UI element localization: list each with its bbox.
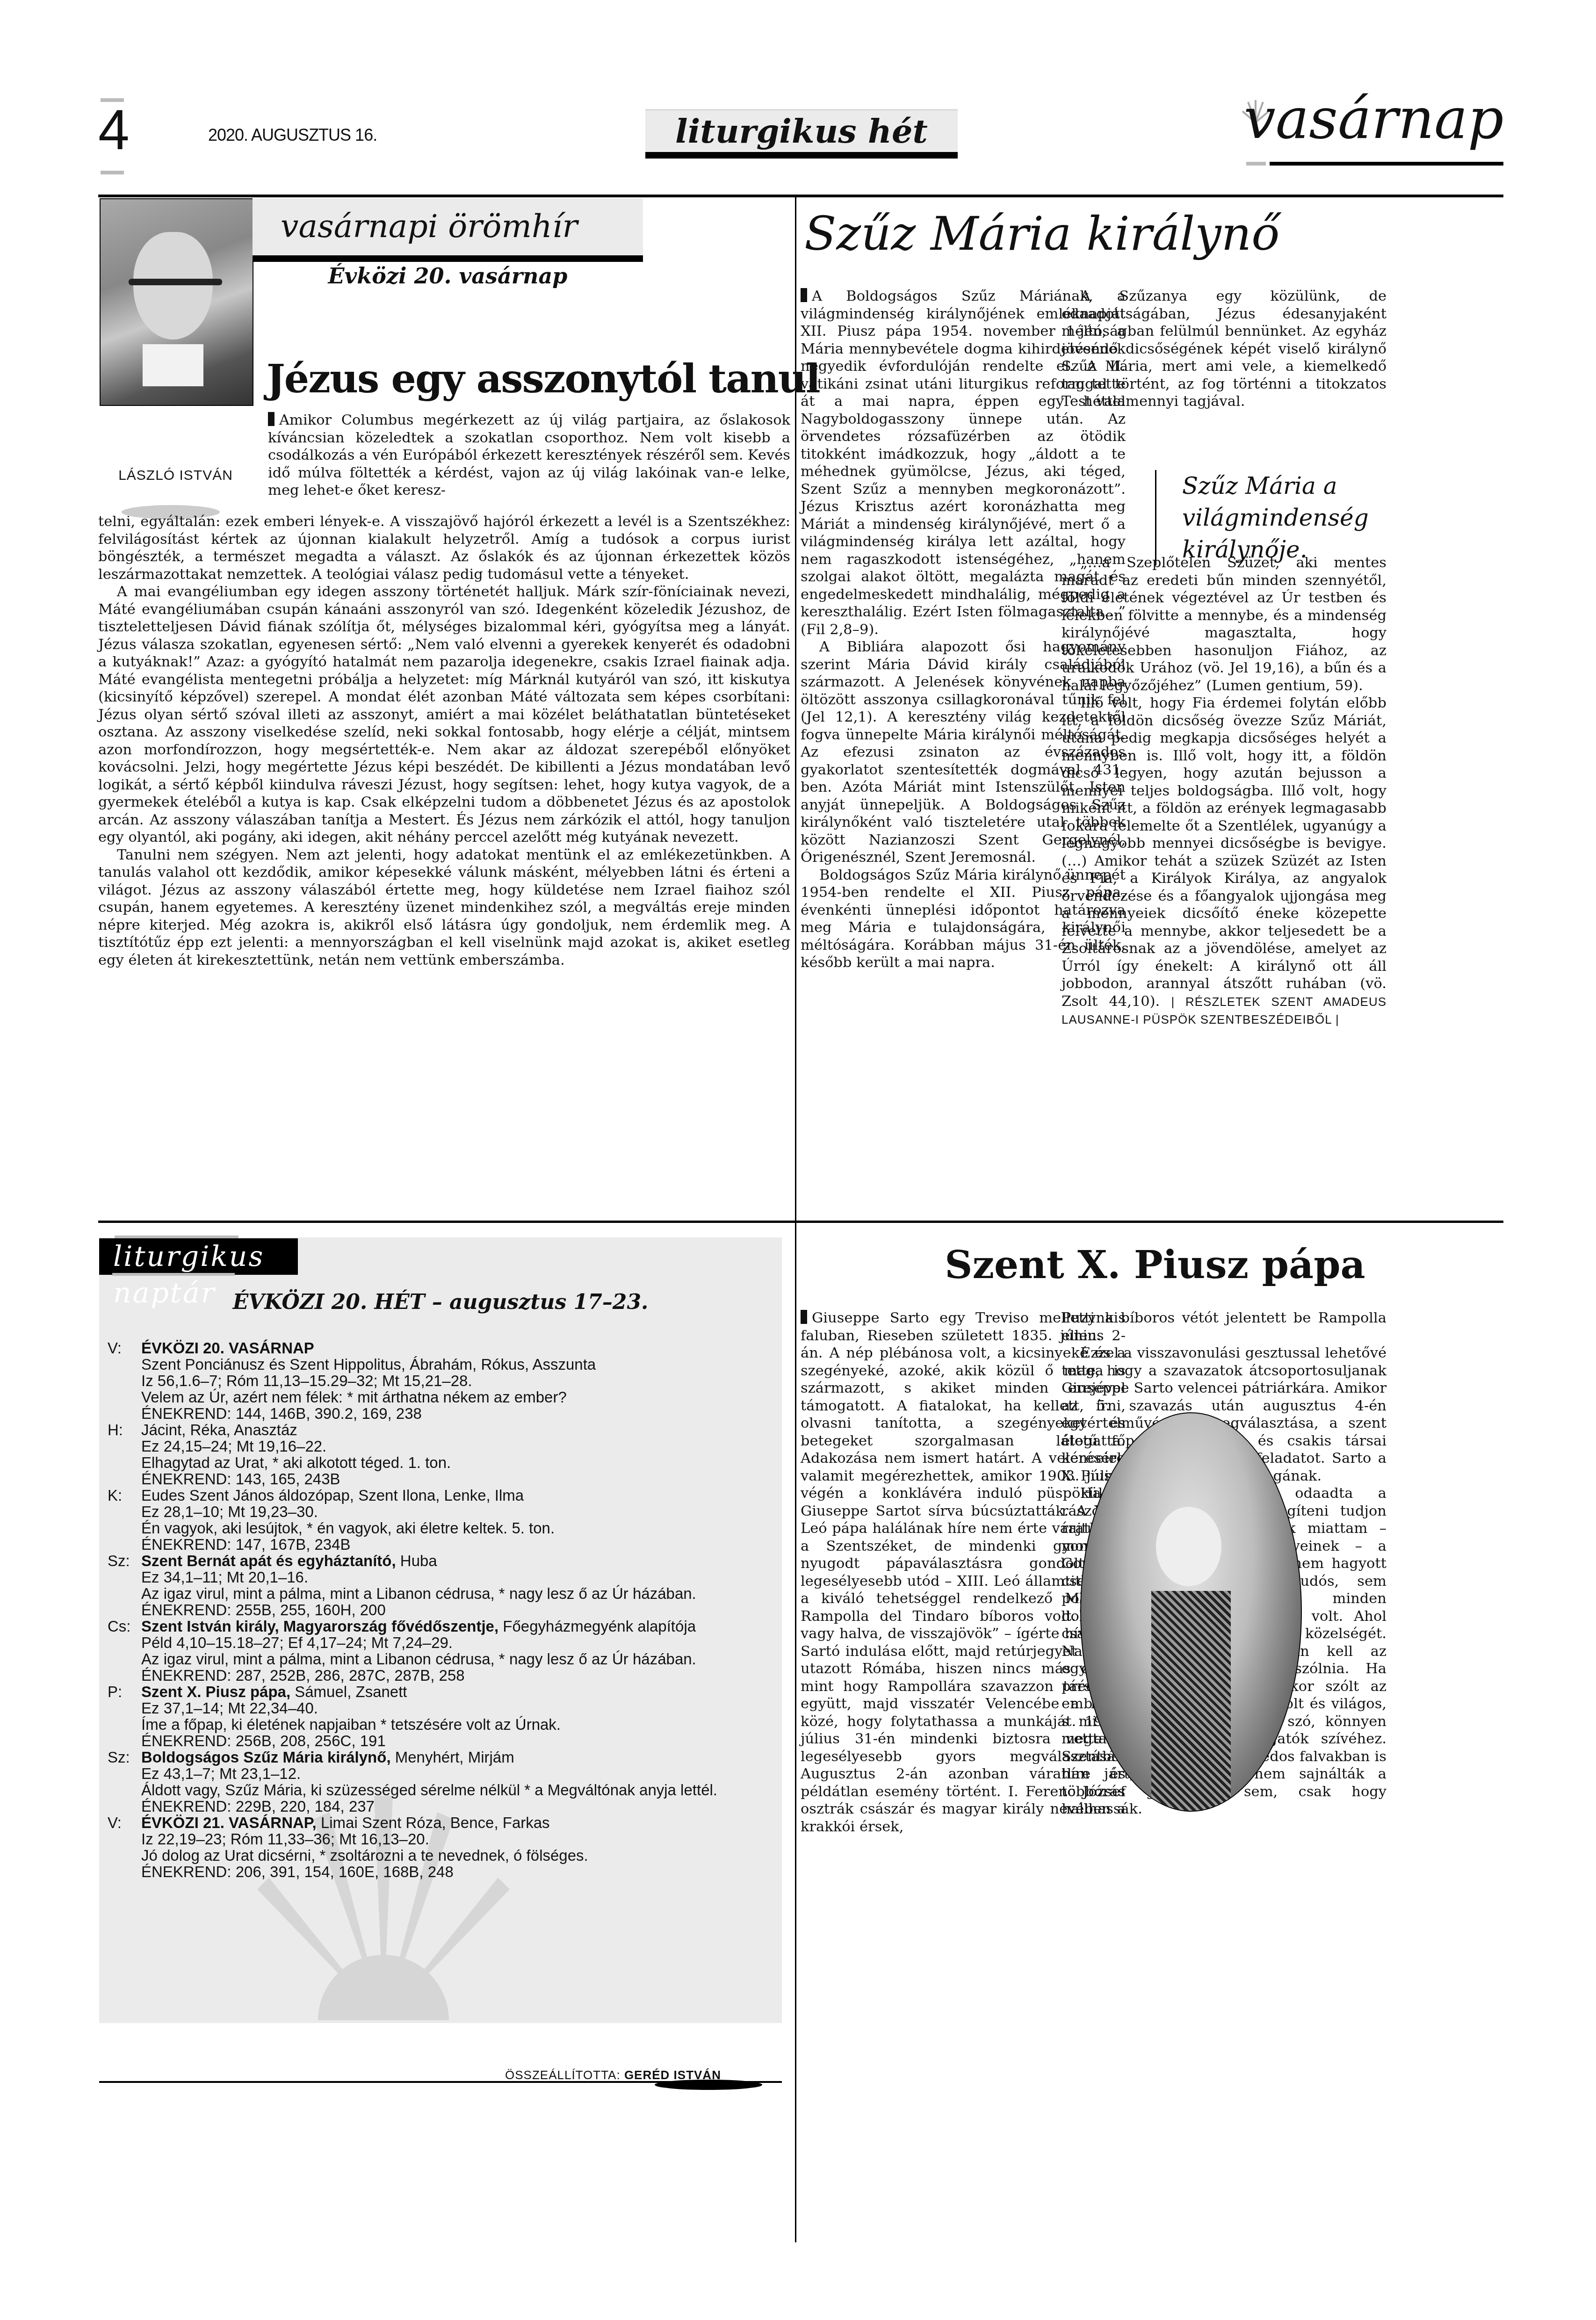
article-headline: Szent X. Piusz pápa xyxy=(804,1239,1506,1291)
calendar-line: Szent Ponciánusz és Szent Hippolitus, Áb… xyxy=(141,1356,596,1373)
calendar-feast: Boldogságos Szűz Mária királynő, Menyhér… xyxy=(141,1749,781,1765)
calendar-line: Elhagytad az Urat, * aki alkotott téged.… xyxy=(141,1454,451,1471)
lead-marker xyxy=(801,1310,807,1324)
section-label: liturgikus hét xyxy=(645,111,958,152)
calendar-day: Cs: xyxy=(108,1618,141,1684)
calendar-line: ÉNEKREND: 256B, 208, 256C, 191 xyxy=(141,1733,561,1749)
calendar-line: ÉNEKREND: 255B, 255, 160H, 200 xyxy=(141,1602,696,1618)
calendar-line: Én vagyok, aki lesújtok, * én vagyok, ak… xyxy=(141,1520,555,1536)
calendar-header-accent xyxy=(112,1273,235,1276)
calendar-line: ÉNEKREND: 206, 391, 154, 160E, 168B, 248 xyxy=(141,1864,588,1880)
section-tab-bar xyxy=(645,152,958,159)
paragraph: „…a Szeplőtelen Szüzet, aki mentes marad… xyxy=(1062,554,1387,694)
lead-text: Amikor Columbus megérkezett az új világ … xyxy=(268,412,790,499)
compiled-label: ÖSSZEÁLLÍTOTTA: xyxy=(505,2068,621,2082)
paragraph-text: Illő volt, hogy Fia érdemei folytán előb… xyxy=(1062,695,1387,1010)
brand-logo: vasárnap xyxy=(1244,89,1503,150)
column-kicker: vasárnapi örömhír xyxy=(253,198,643,255)
calendar-list: V:ÉVKÖZI 20. VASÁRNAPSzent Ponciánusz és… xyxy=(108,1340,781,1880)
calendar-entry: Sz:Boldogságos Szűz Mária királynő, Meny… xyxy=(108,1749,781,1814)
lead-marker xyxy=(268,412,274,426)
page-number: 4 xyxy=(98,102,126,158)
paragraph: A mai evangéliumban egy idegen asszony t… xyxy=(98,583,790,846)
issue-date: 2020. AUGUSZTUS 16. xyxy=(208,125,377,145)
calendar-line: Ez 24,15–24; Mt 19,16–22. xyxy=(141,1438,451,1454)
article-subtitle: Évközi 20. vasárnap xyxy=(253,262,643,290)
calendar-entry: P:Szent X. Piusz pápa, Sámuel, ZsanettEz… xyxy=(108,1684,781,1749)
calendar-day: H: xyxy=(108,1422,141,1487)
calendar-line: Az igaz virul, mint a pálma, mint a Liba… xyxy=(141,1585,696,1602)
pull-quote: Szűz Mária a világmindenség királynője. xyxy=(1155,470,1407,565)
calendar-line: Áldott vagy, Szűz Mária, ki szüzességed … xyxy=(141,1782,781,1814)
paragraph: A Szűzanya egy közülünk, de odaadottságá… xyxy=(1062,288,1387,411)
calendar-day: P: xyxy=(108,1684,141,1749)
calendar-day: Sz: xyxy=(108,1553,141,1618)
calendar-feast: Szent István király, Magyarország fővédő… xyxy=(141,1618,696,1634)
calendar-entry: V:ÉVKÖZI 21. VASÁRNAP, Limai Szent Róza,… xyxy=(108,1814,781,1880)
calendar-line: Iz 22,19–23; Róm 11,33–36; Mt 16,13–20. xyxy=(141,1831,588,1847)
article-headline: Szűz Mária királynő xyxy=(804,206,1279,262)
calendar-feast: Eudes Szent János áldozópap, Szent Ilona… xyxy=(141,1487,555,1503)
calendar-line: ÉNEKREND: 147, 167B, 234B xyxy=(141,1536,555,1553)
calendar-line: Iz 56,1.6–7; Róm 11,13–15.29–32; Mt 15,2… xyxy=(141,1373,596,1389)
section-rule xyxy=(98,1221,1503,1223)
kicker-label: vasárnapi örömhír xyxy=(253,198,643,255)
calendar-entry: Sz:Szent Bernát apát és egyháztanító, Hu… xyxy=(108,1553,781,1618)
calendar-line: Jó dolog az Urat dicsérni, * zsoltározni… xyxy=(141,1847,588,1864)
calendar-week: ÉVKÖZI 20. HÉT – augusztus 17–23. xyxy=(99,1288,782,1316)
calendar-line: Íme a főpap, ki életének napjaiban * tet… xyxy=(141,1716,561,1733)
paragraph: telni, egyáltalán: ezek emberi lények-e.… xyxy=(98,513,790,583)
paragraph: Puzyna bíboros vétót jelentett be Rampol… xyxy=(1062,1309,1387,1344)
calendar-line: ÉNEKREND: 143, 165, 243B xyxy=(141,1471,451,1487)
article-body: telni, egyáltalán: ezek emberi lények-e.… xyxy=(98,513,790,969)
calendar-line: Velem az Úr, azért nem félek: * mit árth… xyxy=(141,1389,596,1405)
brand-accent xyxy=(1246,162,1266,166)
lead-marker xyxy=(801,288,807,302)
calendar-line: Az igaz virul, mint a pálma, mint a Liba… xyxy=(141,1651,696,1667)
article-column-2-continued: „…a Szeplőtelen Szüzet, aki mentes marad… xyxy=(1062,554,1387,1029)
author-photo xyxy=(100,198,253,406)
article-column-2: A Szűzanya egy közülünk, de odaadottságá… xyxy=(1062,288,1387,411)
calendar-line: Péld 4,10–15.18–27; Ef 4,17–24; Mt 7,24–… xyxy=(141,1634,696,1651)
calendar-day: K: xyxy=(108,1487,141,1553)
calendar-line: ÉNEKREND: 287, 252B, 286, 287C, 287B, 25… xyxy=(141,1667,696,1684)
calendar-day: V: xyxy=(108,1814,141,1880)
pope-portrait xyxy=(1080,1412,1302,1812)
calendar-entry: K:Eudes Szent János áldozópap, Szent Ilo… xyxy=(108,1487,781,1553)
calendar-entry: Cs:Szent István király, Magyarország főv… xyxy=(108,1618,781,1684)
calendar-line: ÉNEKREND: 144, 146B, 390.2, 169, 238 xyxy=(141,1405,596,1422)
calendar-day: Sz: xyxy=(108,1749,141,1814)
kicker-bar xyxy=(253,255,643,262)
paragraph: Illő volt, hogy Fia érdemei folytán előb… xyxy=(1062,694,1387,1029)
calendar-entry: V:ÉVKÖZI 20. VASÁRNAPSzent Ponciánusz és… xyxy=(108,1340,781,1422)
column-divider xyxy=(795,197,796,1221)
calendar-feast: ÉVKÖZI 20. VASÁRNAP xyxy=(141,1340,596,1356)
column-divider xyxy=(795,1223,796,2242)
top-rule xyxy=(98,195,1503,197)
calendar-feast: Jácint, Réka, Anasztáz xyxy=(141,1422,451,1438)
calendar-line: Ez 28,1–10; Mt 19,23–30. xyxy=(141,1503,555,1520)
calendar-line: Ez 43,1–7; Mt 23,1–12. xyxy=(141,1765,781,1782)
calendar-line: Ez 34,1–11; Mt 20,1–16. xyxy=(141,1569,696,1585)
calendar-feast: Szent Bernát apát és egyháztanító, Huba xyxy=(141,1553,696,1569)
calendar-feast: Szent X. Piusz pápa, Sámuel, Zsanett xyxy=(141,1684,561,1700)
article-headline: Jézus egy asszonytól tanul xyxy=(267,355,820,402)
compiled-ornament xyxy=(655,2080,762,2090)
calendar-entry: H:Jácint, Réka, AnasztázEz 24,15–24; Mt … xyxy=(108,1422,781,1487)
author-byline: LÁSZLÓ ISTVÁN xyxy=(100,468,252,484)
section-tab: liturgikus hét xyxy=(645,109,958,152)
page-number-bar xyxy=(101,171,124,174)
calendar-header: liturgikus naptár xyxy=(99,1238,298,1275)
paragraph: Tanulni nem szégyen. Nem azt jelenti, ho… xyxy=(98,846,790,969)
brand-underline xyxy=(1270,162,1503,166)
calendar-line: Ez 37,1–14; Mt 22,34–40. xyxy=(141,1700,561,1716)
calendar-day: V: xyxy=(108,1340,141,1422)
calendar-feast: ÉVKÖZI 21. VASÁRNAP, Limai Szent Róza, B… xyxy=(141,1814,588,1831)
article-lead: Amikor Columbus megérkezett az új világ … xyxy=(268,412,790,499)
